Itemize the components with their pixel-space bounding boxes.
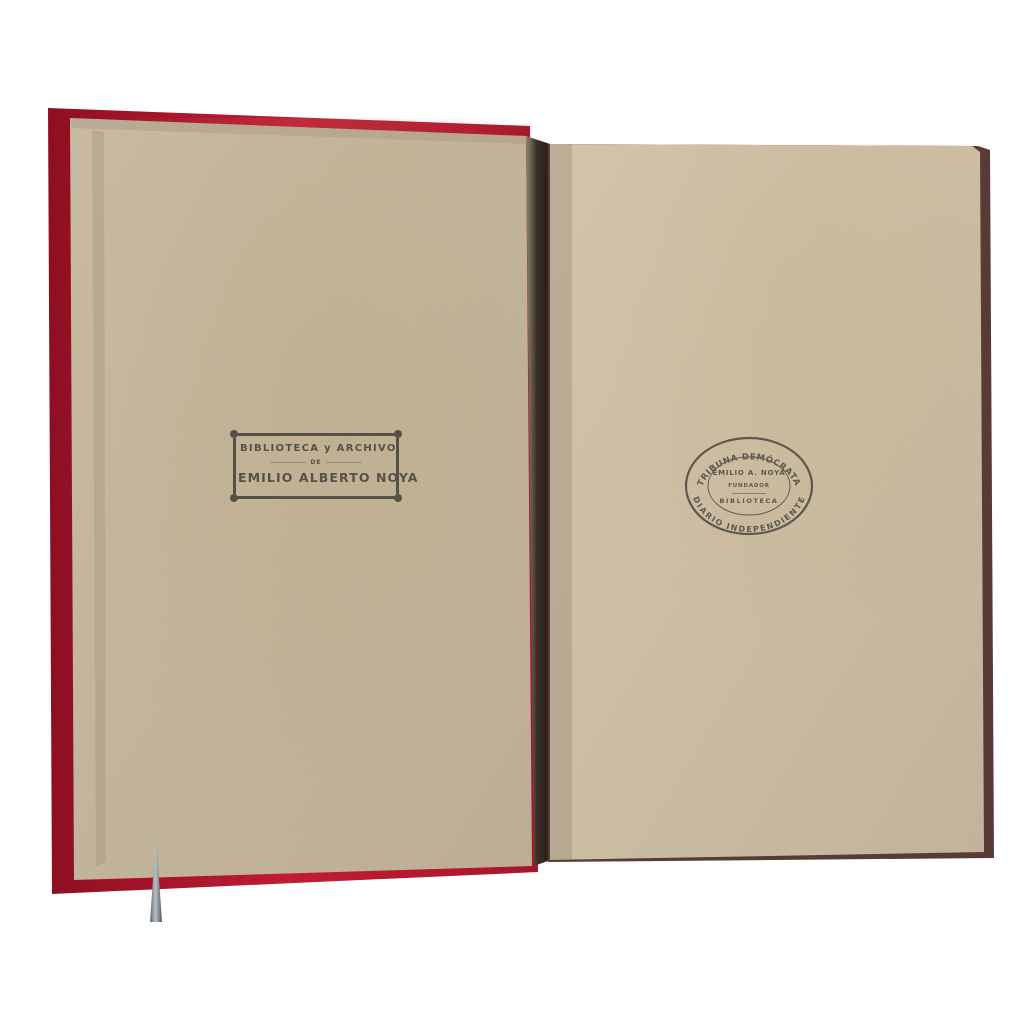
- metal-pointer: [146, 834, 166, 924]
- book-photo: BIBLIOTECA y ARCHIVO DE EMILIO ALBERTO N…: [0, 0, 1035, 1035]
- stamp-border-left: [233, 438, 236, 494]
- stamp-line-library: BIBLIOTECA y ARCHIVO: [240, 443, 392, 454]
- stamp-line-de: DE: [230, 459, 402, 466]
- stamp-line-owner: EMILIO ALBERTO NOYA: [238, 470, 394, 485]
- stamp-border-top: [236, 433, 396, 436]
- stamp-dash: [326, 462, 362, 463]
- stamp-border-bottom: [236, 496, 396, 499]
- oval-stamp-owner: EMILIO A. NOYA: [684, 469, 814, 477]
- oval-stamp-role: FUNDADOR: [684, 483, 814, 489]
- library-stamp-oval: TRIBUNA DEMÓCRATA DIARIO INDEPENDIENTE E…: [684, 436, 814, 536]
- library-stamp-rectangular: BIBLIOTECA y ARCHIVO DE EMILIO ALBERTO N…: [230, 430, 402, 502]
- oval-stamp-rule: [732, 493, 766, 494]
- oval-stamp-library: BIBLIOTECA: [684, 497, 814, 505]
